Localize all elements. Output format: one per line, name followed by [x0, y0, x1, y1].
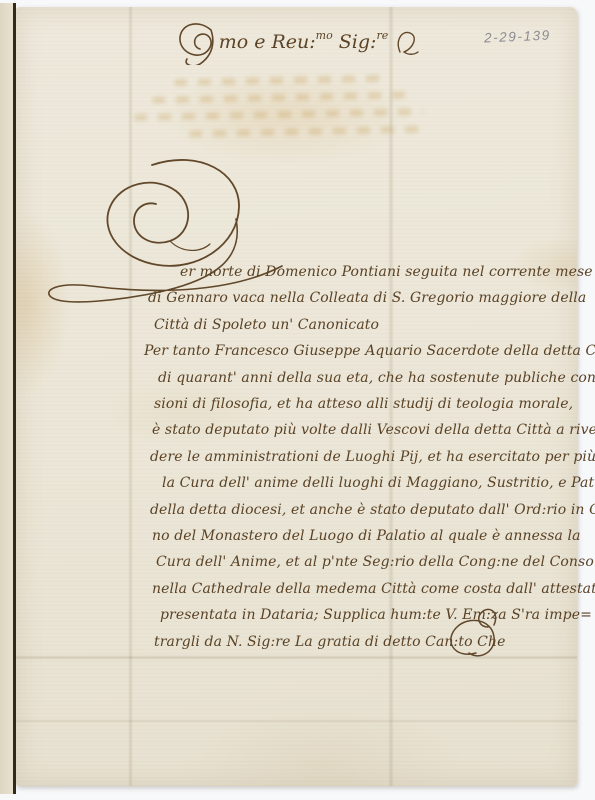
fold-crease-vertical: [128, 7, 133, 786]
salutation-flourish: [173, 21, 219, 65]
salutation-end-flourish: [394, 28, 420, 58]
letter-line: Per tanto Francesco Giuseppe Aquario Sac…: [144, 338, 595, 364]
letter-line: di Gennaro vaca nella Colleata di S. Gre…: [148, 285, 595, 311]
letter-line: dere le amministrationi de Luoghi Pij, e…: [150, 444, 595, 470]
letter-body: er morte di Domenico Pontiani seguita ne…: [144, 259, 595, 655]
letter-line: è stato deputato più volte dalli Vescovi…: [152, 417, 595, 443]
folded-page-edge: [0, 3, 16, 794]
letter-line: della detta diocesi, et anche è stato de…: [150, 497, 595, 523]
letter-line: presentata in Dataria; Supplica hum:te V…: [160, 602, 595, 628]
letter-line: Cura dell' Anime, et al p'nte Seg:rio de…: [156, 549, 595, 575]
closing-flourish: [444, 603, 508, 665]
letter-line: no del Monastero del Luogo di Palatio al…: [152, 523, 595, 549]
scanned-letter: 2-29-139 mo e Reu:mo Sig:re er mort: [0, 0, 595, 800]
salutation-text: mo e Reu:: [219, 31, 316, 53]
fold-crease-horizontal: [16, 719, 577, 723]
letter-line: nella Cathedrale della medema Città come…: [152, 576, 595, 602]
salutation: mo e Reu:mo Sig:re: [16, 21, 577, 65]
bleedthrough-text: [134, 67, 434, 145]
letter-line: trargli da N. Sig:re La gratia di detto …: [154, 629, 595, 655]
letter-line: er morte di Domenico Pontiani seguita ne…: [180, 259, 595, 285]
letter-line: di quarant' anni della sua eta, che ha s…: [158, 365, 595, 391]
letter-page: 2-29-139 mo e Reu:mo Sig:re er mort: [16, 7, 577, 786]
salutation-sig-superscript: re: [376, 29, 388, 42]
salutation-sig: Sig:: [339, 31, 377, 53]
letter-line: sioni di filosofia, et ha atteso alli st…: [154, 391, 595, 417]
letter-line: la Cura dell' anime delli luoghi di Magg…: [162, 470, 595, 496]
salutation-superscript: mo: [316, 29, 333, 42]
letter-line: Città di Spoleto un' Canonicato: [154, 312, 595, 338]
